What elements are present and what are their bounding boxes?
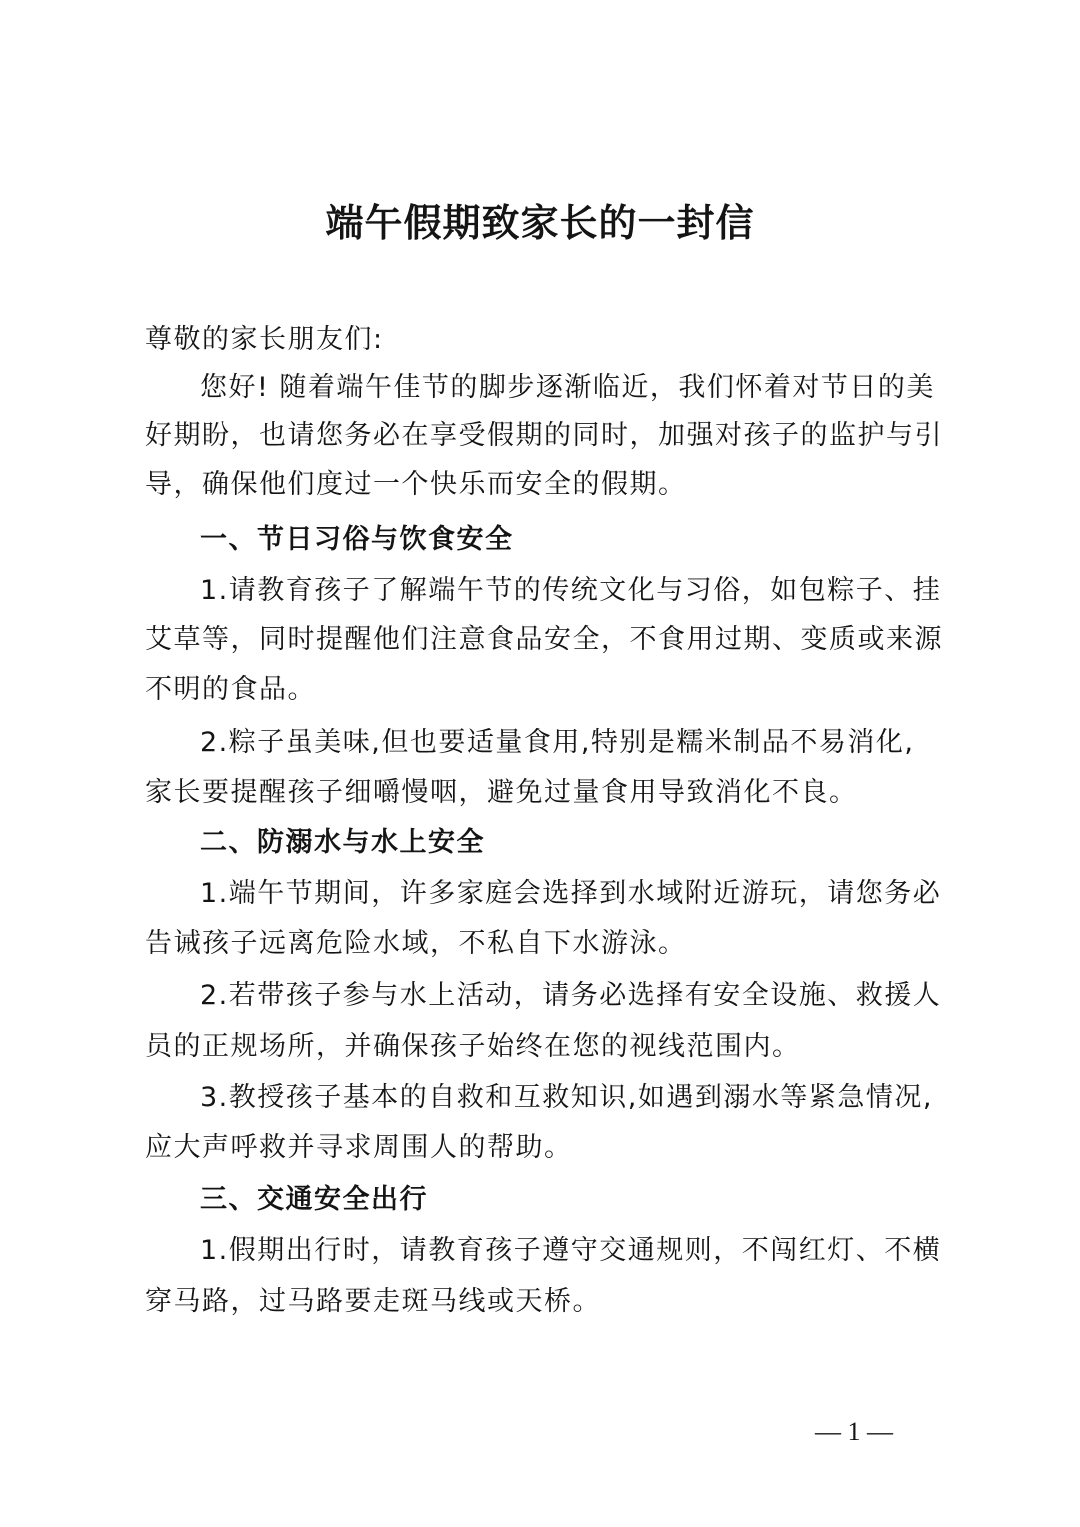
section-1-item-1-line-3: 不明的食品。 xyxy=(145,672,316,708)
intro-line-3: 导，确保他们度过一个快乐而安全的假期。 xyxy=(145,467,687,503)
section-heading-1: 一、节日习俗与饮食安全 xyxy=(200,522,514,558)
page-number: — 1 — xyxy=(815,1416,893,1448)
section-1-item-2-line-2: 家长要提醒孩子细嚼慢咽，避免过量食用导致消化不良。 xyxy=(145,775,858,811)
section-2-item-3-line-1: 3.教授孩子基本的自救和互救知识,如遇到溺水等紧急情况, xyxy=(200,1080,933,1116)
section-2-item-1-line-2: 告诫孩子远离危险水域，不私自下水游泳。 xyxy=(145,926,687,962)
section-1-item-1-line-1: 1.请教育孩子了解端午节的传统文化与习俗，如包粽子、挂 xyxy=(200,573,941,609)
section-1-item-2-line-1: 2.粽子虽美味,但也要适量食用,特别是糯米制品不易消化, xyxy=(200,725,915,761)
section-1-item-1-line-2: 艾草等，同时提醒他们注意食品安全，不食用过期、变质或来源 xyxy=(145,622,943,658)
document-page: 端午假期致家长的一封信 尊敬的家长朋友们: 您好! 随着端午佳节的脚步逐渐临近，… xyxy=(0,0,1080,1527)
document-title: 端午假期致家长的一封信 xyxy=(0,198,1080,248)
section-3-item-1-line-2: 穿马路，过马路要走斑马线或天桥。 xyxy=(145,1284,601,1320)
section-heading-3: 三、交通安全出行 xyxy=(200,1182,428,1218)
salutation: 尊敬的家长朋友们: xyxy=(145,322,384,358)
section-3-item-1-line-1: 1.假期出行时，请教育孩子遵守交通规则，不闯红灯、不横 xyxy=(200,1233,941,1269)
intro-line-1: 您好! 随着端午佳节的脚步逐渐临近，我们怀着对节日的美 xyxy=(200,370,935,406)
section-2-item-2-line-2: 员的正规场所，并确保孩子始终在您的视线范围内。 xyxy=(145,1029,801,1065)
section-2-item-1-line-1: 1.端午节期间，许多家庭会选择到水域附近游玩，请您务必 xyxy=(200,876,941,912)
section-2-item-2-line-1: 2.若带孩子参与水上活动，请务必选择有安全设施、救援人 xyxy=(200,978,941,1014)
section-2-item-3-line-2: 应大声呼救并寻求周围人的帮助。 xyxy=(145,1130,573,1166)
intro-line-2: 好期盼，也请您务必在享受假期的同时，加强对孩子的监护与引 xyxy=(145,418,943,454)
section-heading-2: 二、防溺水与水上安全 xyxy=(200,825,485,861)
